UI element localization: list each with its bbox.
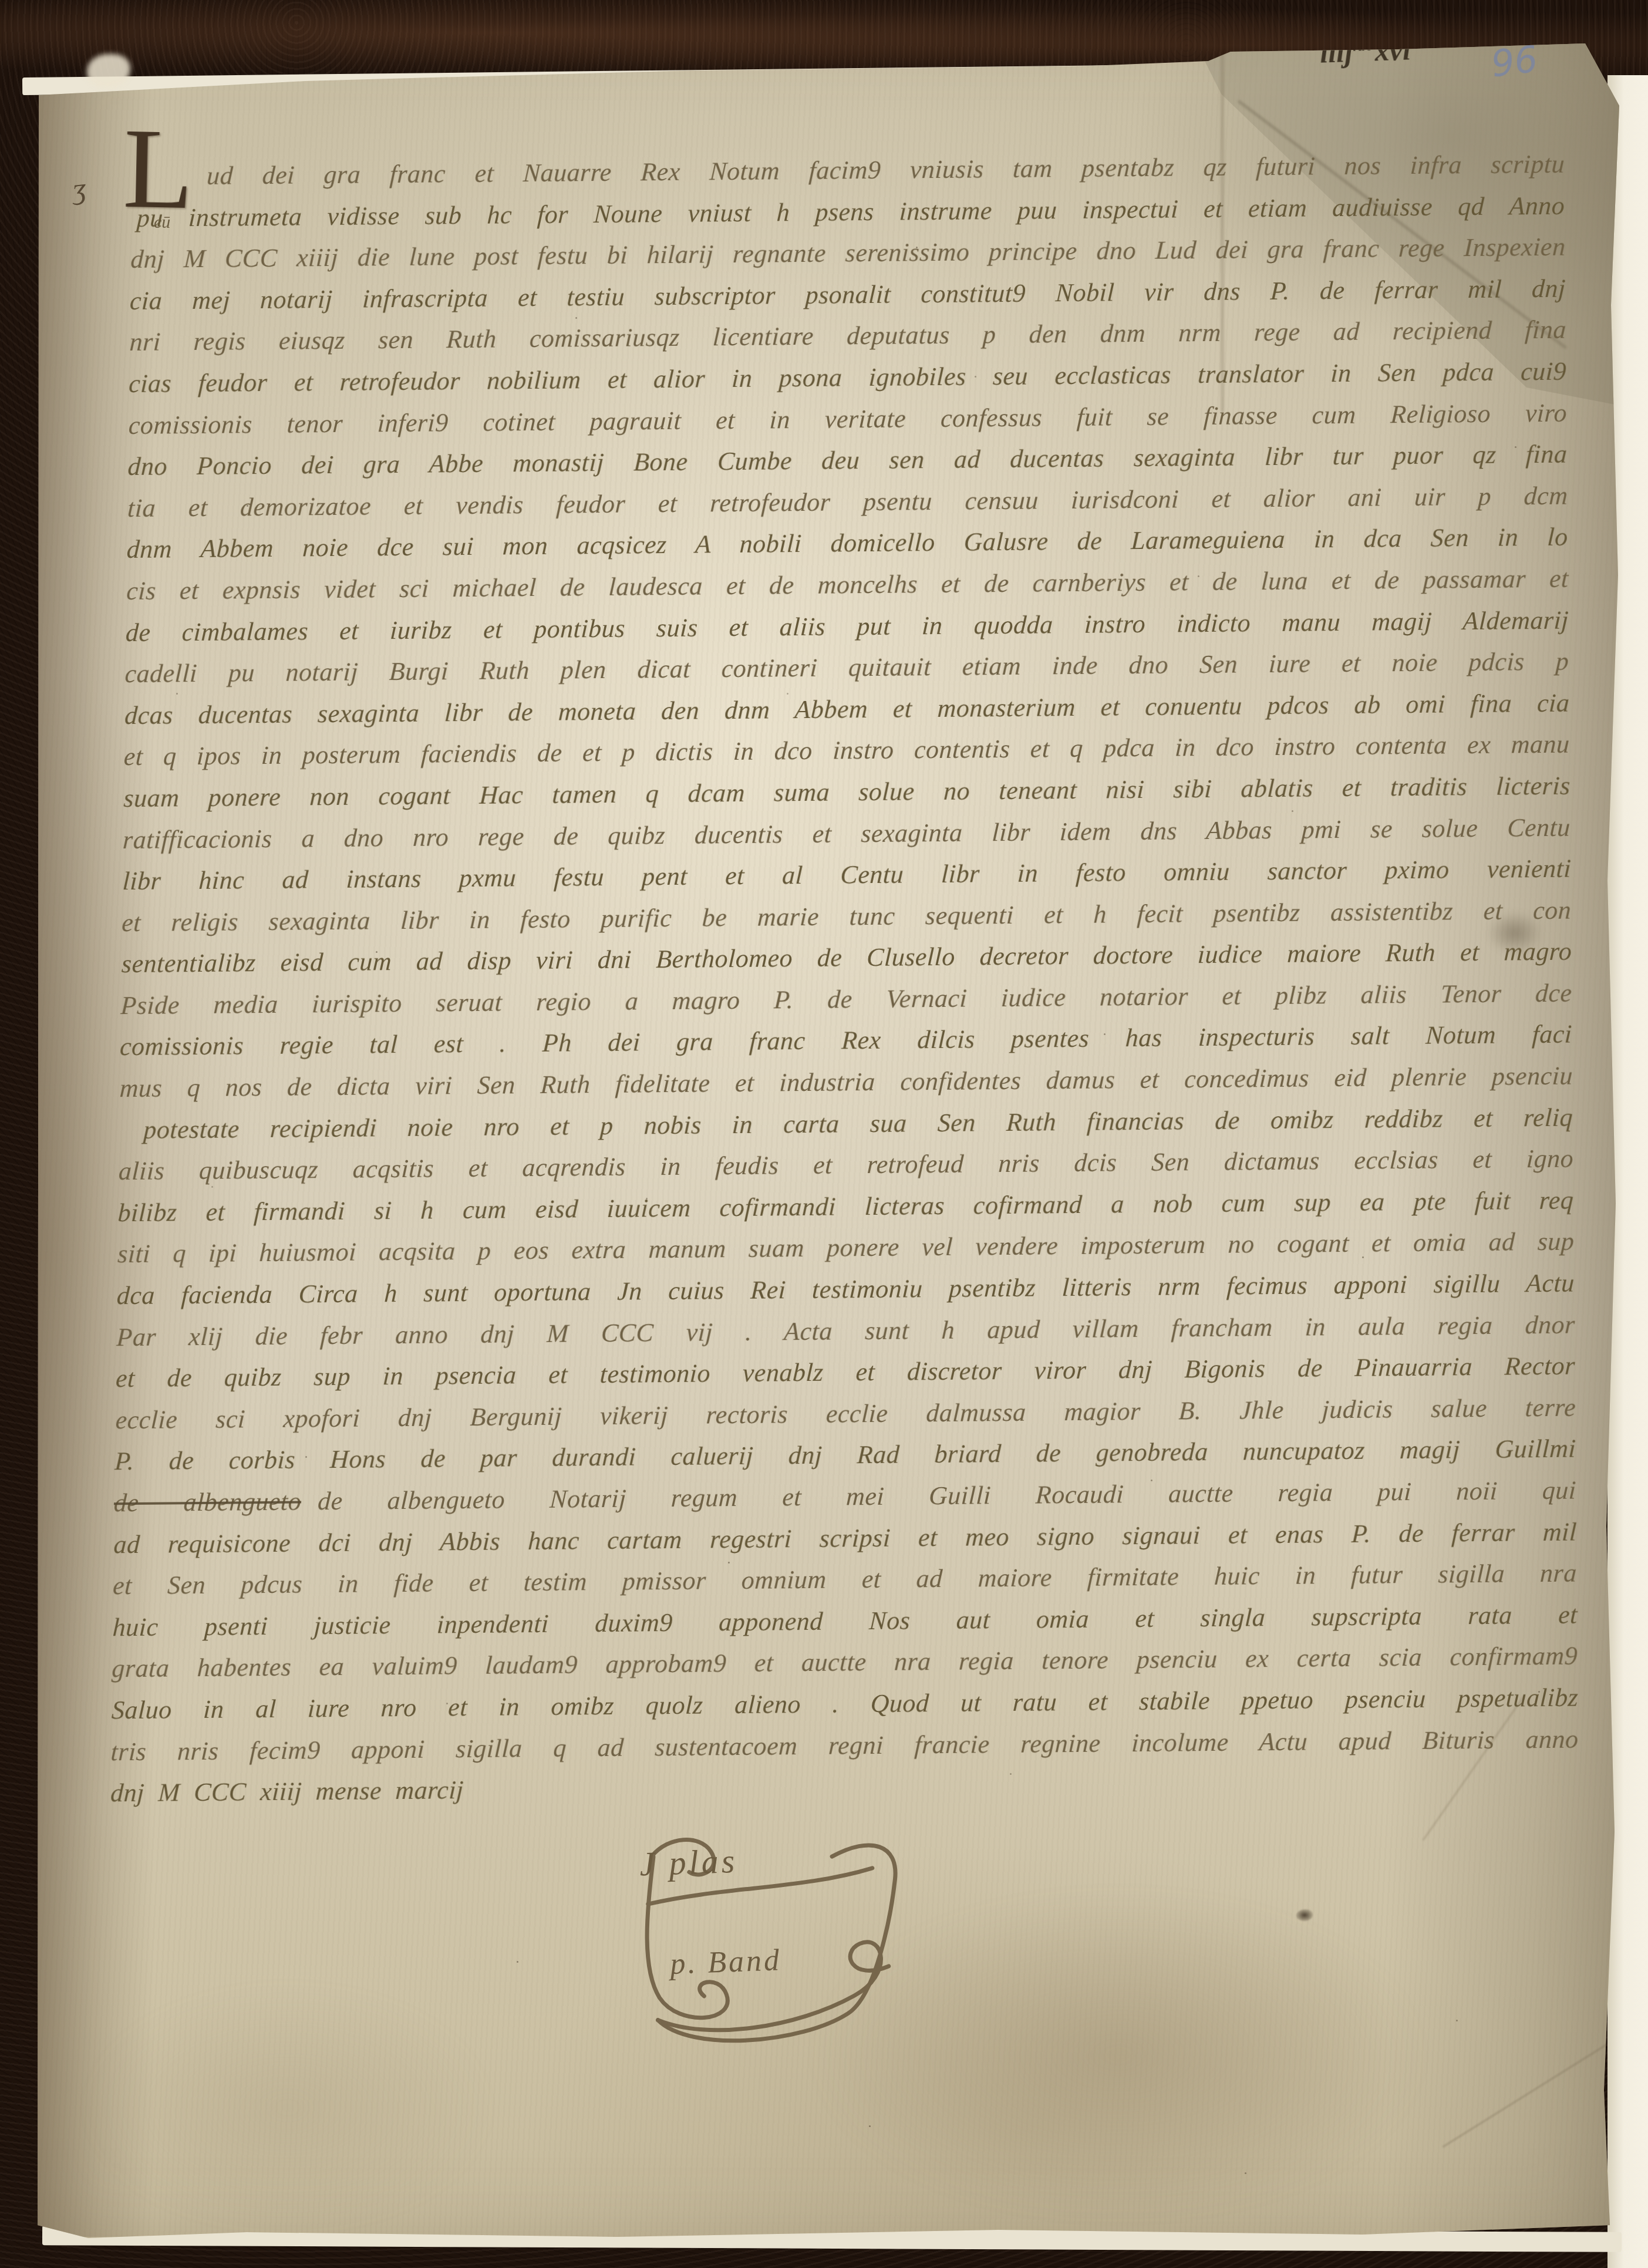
notary-signature: J plas p. Band: [595, 1817, 943, 2063]
signature-line-2: p. Band: [669, 1943, 782, 1981]
struck-text: de albengueto: [113, 1487, 302, 1518]
signature-line-1: J plas: [639, 1841, 738, 1884]
text-block: ud dei gra franc et Nauarre Rex Notum fa…: [94, 144, 1579, 1815]
ink-blot: [1296, 1909, 1313, 1921]
water-stain: [82, 1984, 493, 2231]
manuscript-page: bij xx bss Informacio fca p Geniu Richer…: [0, 0, 1648, 2268]
parchment-leaf: bij xx bss Informacio fca p Geniu Richer…: [0, 0, 1648, 2268]
line-text: de albengueto Notarij regum et mei Guill…: [317, 1476, 1577, 1516]
